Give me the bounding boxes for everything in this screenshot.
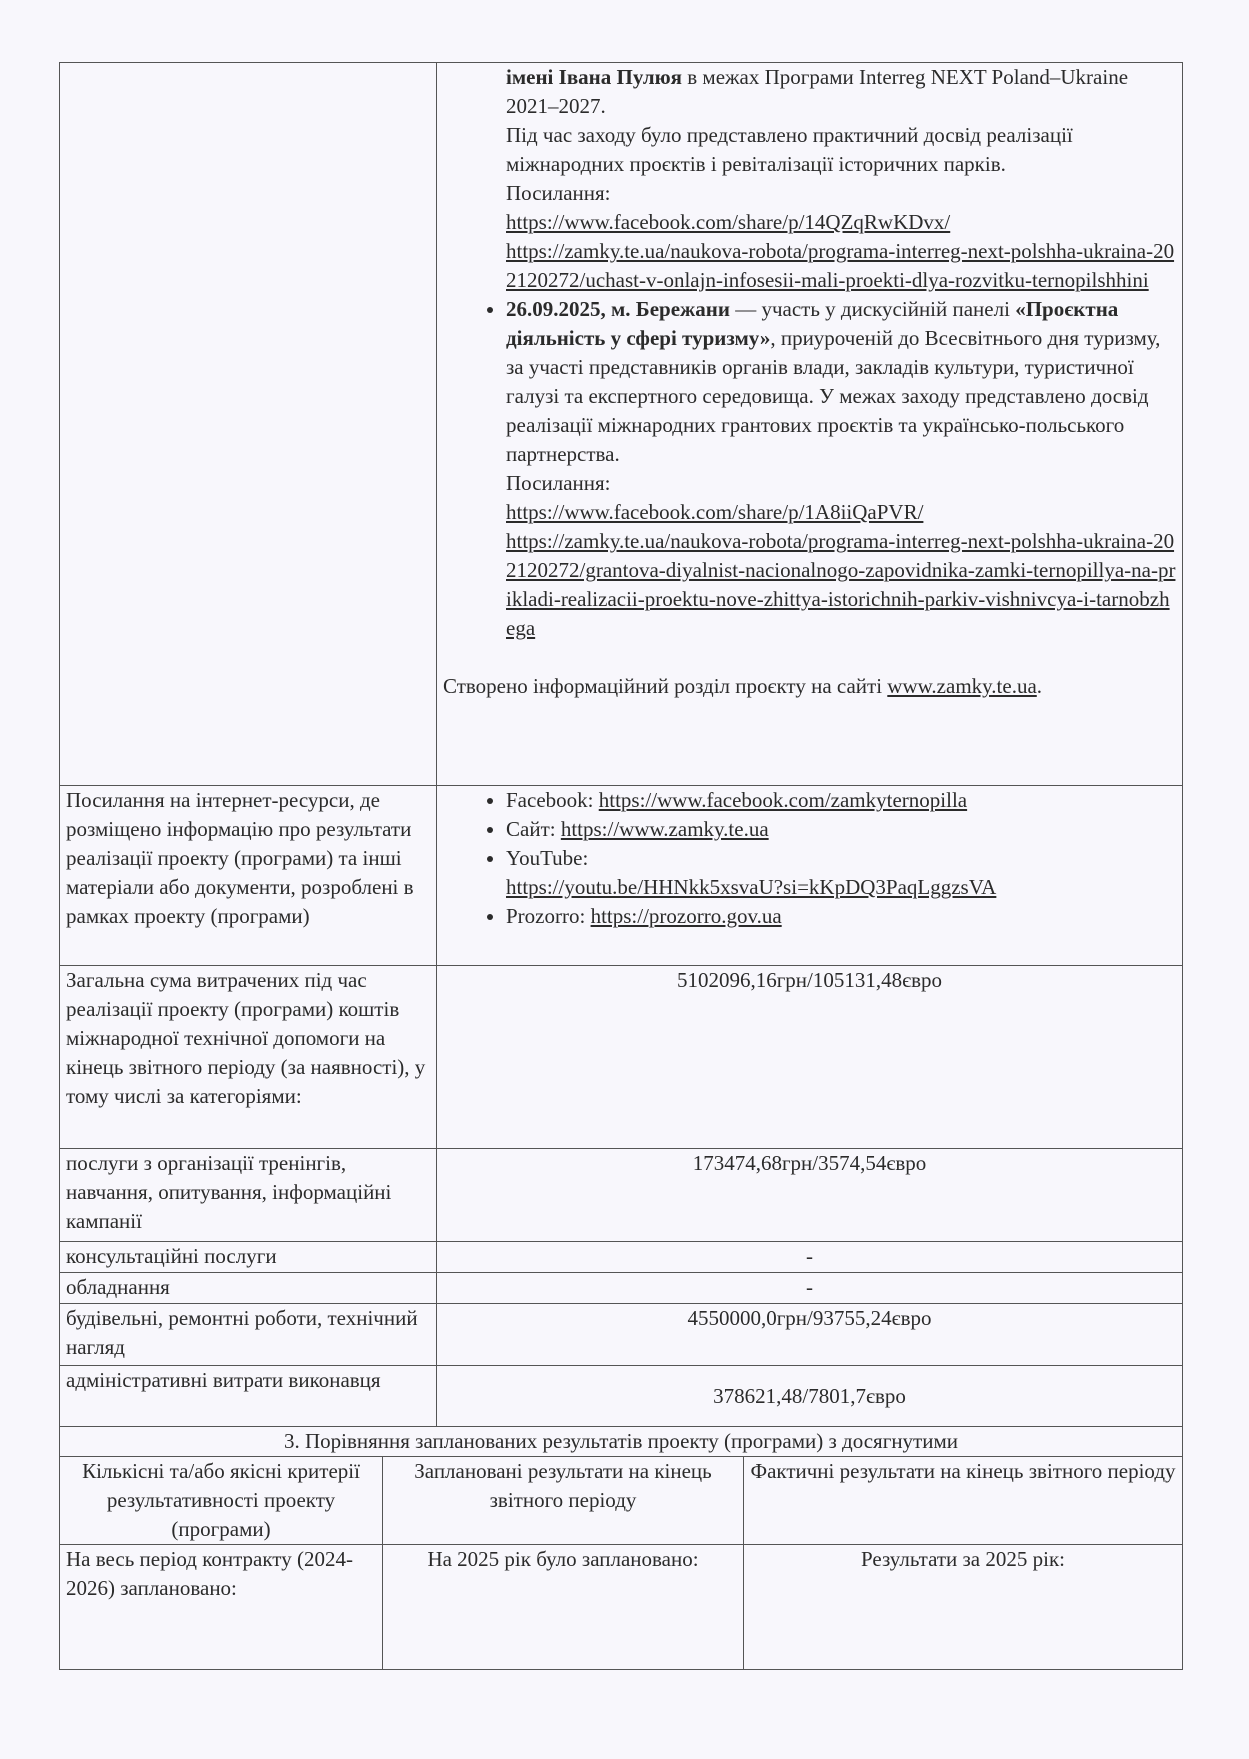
section3-header-row: Кількісні та/або якісні критерії результ… — [60, 1457, 1183, 1545]
activities-label-cell — [60, 63, 437, 786]
resource-prozorro-link[interactable]: https://prozorro.gov.ua — [591, 904, 782, 928]
section3-data-row: На весь період контракту (2024-2026) зап… — [60, 1545, 1183, 1670]
expense-row-equipment: обладнання - — [60, 1273, 1183, 1304]
expense-label: послуги з організації тренінгів, навчанн… — [60, 1149, 437, 1242]
total-expenses-row: Загальна сума витрачених під час реаліза… — [60, 966, 1183, 1149]
cell-results-2025: Результати за 2025 рік: — [744, 1545, 1183, 1670]
total-expenses-label: Загальна сума витрачених під час реаліза… — [60, 966, 437, 1149]
expense-row-consulting: консультаційні послуги - — [60, 1242, 1183, 1273]
event2-item: 26.09.2025, м. Бережани — участь у диску… — [506, 295, 1176, 643]
expense-value: 173474,68грн/3574,54євро — [437, 1149, 1183, 1242]
resource-site-link[interactable]: https://www.zamky.te.ua — [561, 817, 769, 841]
event2-date-place: 26.09.2025, м. Бережани — [506, 297, 730, 321]
event1-facebook-link[interactable]: https://www.facebook.com/share/p/14QZqRw… — [506, 210, 950, 234]
event1-links-label: Посилання: — [443, 179, 1176, 208]
expense-value: 378621,48/7801,7євро — [437, 1366, 1183, 1427]
resource-youtube: YouTube: https://youtu.be/HHNkk5xsvaU?si… — [506, 844, 1176, 902]
event1-bold-text: імені Івана Пулюя — [506, 65, 682, 89]
event1-continuation: імені Івана Пулюя в межах Програми Inter… — [443, 63, 1176, 121]
resource-prozorro: Prozorro: https://prozorro.gov.ua — [506, 902, 1176, 931]
header-actual: Фактичні результати на кінець звітного п… — [744, 1457, 1183, 1545]
report-table: імені Івана Пулюя в межах Програми Inter… — [59, 62, 1183, 1670]
event1-site-link[interactable]: https://zamky.te.ua/naukova-robota/progr… — [506, 239, 1174, 292]
resource-facebook: Facebook: https://www.facebook.com/zamky… — [506, 786, 1176, 815]
resource-facebook-link[interactable]: https://www.facebook.com/zamkyternopilla — [599, 788, 967, 812]
expense-label: будівельні, ремонтні роботи, технічний н… — [60, 1304, 437, 1366]
expense-row-trainings: послуги з організації тренінгів, навчанн… — [60, 1149, 1183, 1242]
event1-paragraph: Під час заходу було представлено практич… — [443, 121, 1176, 179]
expense-row-admin: адміністративні витрати виконавця 378621… — [60, 1366, 1183, 1427]
expense-value: - — [437, 1242, 1183, 1273]
header-criteria: Кількісні та/або якісні критерії результ… — [60, 1457, 383, 1545]
event2-site-link[interactable]: https://zamky.te.ua/naukova-robota/progr… — [506, 529, 1175, 640]
expense-value: 4550000,0грн/93755,24євро — [437, 1304, 1183, 1366]
zamky-site-link[interactable]: www.zamky.te.ua — [887, 674, 1036, 698]
resources-row: Посилання на інтернет-ресурси, де розміщ… — [60, 786, 1183, 966]
site-section-note: Створено інформаційний розділ проєкту на… — [443, 672, 1176, 701]
resource-youtube-link[interactable]: https://youtu.be/HHNkk5xsvaU?si=kKpDQ3Pa… — [506, 875, 996, 899]
resources-list: Facebook: https://www.facebook.com/zamky… — [443, 786, 1176, 931]
expense-label: обладнання — [60, 1273, 437, 1304]
activities-row: імені Івана Пулюя в межах Програми Inter… — [60, 63, 1183, 786]
resource-site: Сайт: https://www.zamky.te.ua — [506, 815, 1176, 844]
cell-contract-period: На весь період контракту (2024-2026) зап… — [60, 1545, 383, 1670]
event2-facebook-link[interactable]: https://www.facebook.com/share/p/1A8iiQa… — [506, 500, 923, 524]
event2-links-label: Посилання: — [506, 469, 1176, 498]
section3-title: 3. Порівняння запланованих результатів п… — [60, 1427, 1183, 1457]
expense-label: консультаційні послуги — [60, 1242, 437, 1273]
expense-value: - — [437, 1273, 1183, 1304]
resources-label: Посилання на інтернет-ресурси, де розміщ… — [60, 786, 437, 966]
activities-content-cell: імені Івана Пулюя в межах Програми Inter… — [437, 63, 1183, 786]
expense-label: адміністративні витрати виконавця — [60, 1366, 437, 1427]
header-planned: Заплановані результати на кінець звітног… — [383, 1457, 744, 1545]
cell-planned-2025: На 2025 рік було заплановано: — [383, 1545, 744, 1670]
section3-title-row: 3. Порівняння запланованих результатів п… — [60, 1427, 1183, 1457]
expense-row-construction: будівельні, ремонтні роботи, технічний н… — [60, 1304, 1183, 1366]
total-expenses-value: 5102096,16грн/105131,48євро — [437, 966, 1183, 1149]
